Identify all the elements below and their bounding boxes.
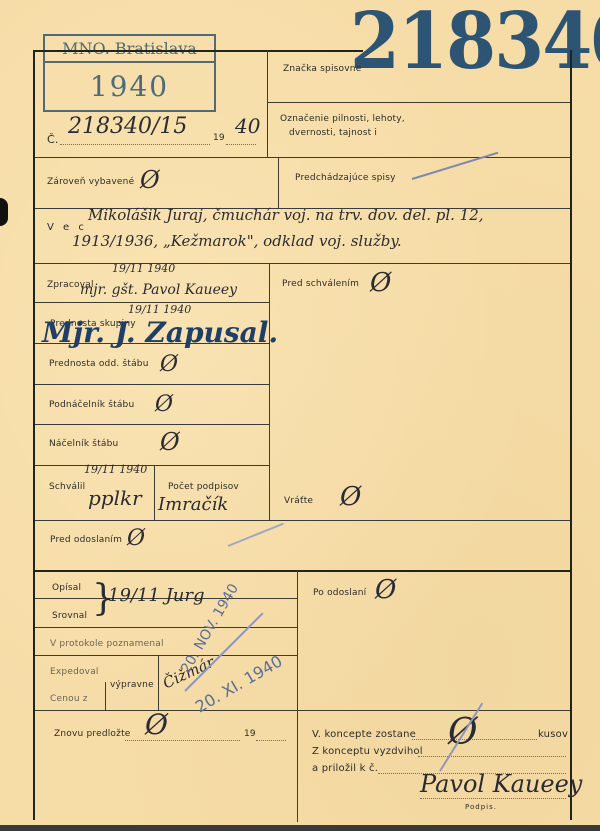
hw-prednosta-oddelenia: Ø [160,352,178,377]
number-prefix: Č. [47,133,59,146]
hw-podnacelnik-stabu: Ø [155,392,173,417]
divider [35,710,570,711]
label-znovu-predlozte: Znovu predložte [54,729,131,739]
frame-right [570,50,572,820]
label-podnacelnik-stabu: Podnáčelník štábu [49,400,134,410]
divider [297,570,298,710]
label-pred-odoslanim: Pred odoslaním [50,535,122,545]
hw-schvalil-date: 19/11 1940 [84,463,147,476]
hw-vec-line1: Mikolášik Juraj, čmuchár voj. na trv. do… [88,206,484,224]
znovu-year-dotted-line [256,740,286,741]
pencil-mark [228,523,284,547]
znovu-year-prefix: 19 [244,729,256,739]
divider [35,570,570,572]
hw-prednosta-skupiny-date: 19/11 1940 [128,303,191,316]
number-dotted-line [60,144,210,145]
label-v-protokole-poznamenal: V protokole poznamenal [50,639,164,649]
label-schvalil: Schválil [49,482,85,492]
label-opisal: Opísal [52,583,81,593]
label-a-prilozil: a priložil k č. [312,763,378,774]
hw-pocet-podpisov: Imračík [158,494,228,515]
year-value: 40 [235,114,260,138]
label-predchadzajuce-spisy: Predchádzajúce spisy [295,173,396,183]
number-value: 218340/15 [68,114,187,139]
podpis-dotted-line [420,798,566,799]
divider [158,655,159,710]
label-znacka-spisovne: Značka spisovne [283,64,361,74]
hw-pred-odoslanim: Ø [127,526,145,551]
hw-zpracoval-sign: mjr. gšt. Pavol Kaueey [80,282,237,298]
year-prefix: 19 [213,133,225,143]
divider [154,465,155,520]
year-dotted-line [226,144,256,145]
label-nacelnik-stabu: Náčelník štábu [49,439,118,449]
label-vypravne: výpravne [110,680,154,690]
divider [35,465,269,466]
frame-top [33,50,363,52]
label-cenou: Cenou z [50,694,88,704]
hw-vec-line2: 1913/1936, „Kežmarok", odklad voj. služb… [72,232,402,250]
hw-zpracoval-date: 19/11 1940 [112,262,175,275]
label-pred-schvalenim: Pred schválením [282,279,359,289]
hw-schvalil-sign: pplkr [88,486,142,510]
document-page: MNO. Bratislava 1940 218340 Č. 218340/15… [0,0,600,831]
znovu-dotted-line [125,740,240,741]
divider [267,102,570,103]
pencil-mark [412,152,499,180]
label-zaroven-vybavene: Zároveň vybavené [47,177,134,187]
stamp-year: 1940 [45,63,214,110]
divider [35,627,297,628]
divider [35,655,297,656]
hw-po-odoslani: Ø [375,575,396,605]
divider [267,50,268,158]
divider [35,384,269,385]
hw-vratte: Ø [340,482,361,512]
label-podpis: Podpis. [465,803,497,811]
label-oznacenie-2: dvernosti, tajnost i [289,128,377,138]
label-z-konceptu-vyzdvihol: Z konceptu vyzdvihol [312,746,423,757]
label-expedoval: Expedoval [50,667,99,677]
label-srovnal: Srovnal [52,611,87,621]
divider [35,424,269,425]
label-kusov: kusov [538,729,568,740]
hw-nacelnik-stabu: Ø [160,428,180,456]
hw-prednosta-skupiny-sign: Mjr. J. Zapusal. [42,316,278,349]
frame-left [33,50,35,820]
divider [278,157,279,208]
divider [105,682,106,710]
label-vratte: Vráťte [284,496,313,506]
divider [35,520,570,521]
hw-zaroven-vybavene: Ø [140,166,160,194]
label-pocet-podpisov: Počet podpisov [168,482,239,492]
file-number-stamp: 218340 [350,2,600,82]
divider [35,157,570,158]
divider [269,263,270,520]
office-stamp: MNO. Bratislava 1940 [43,34,216,112]
label-v-koncepte-zostane: V. koncepte zostane [312,729,416,740]
divider [297,710,298,822]
label-prednosta-oddelenia: Prednosta odd. štábu [49,359,149,369]
hw-pred-schvalenim: Ø [370,268,391,298]
hw-znovu-predlozte: Ø [145,708,168,741]
page-bottom-edge [0,825,600,831]
hw-opisal-srovnal: 19/11 Jurg [108,585,205,606]
label-po-odoslani: Po odoslaní [313,588,366,598]
label-oznacenie-1: Označenie pilnosti, lehoty, [280,114,405,124]
vyzdvihol-dotted-line [418,756,566,757]
punch-hole [0,198,8,226]
hw-podpis-sign: Pavol Kaueey [420,770,582,798]
